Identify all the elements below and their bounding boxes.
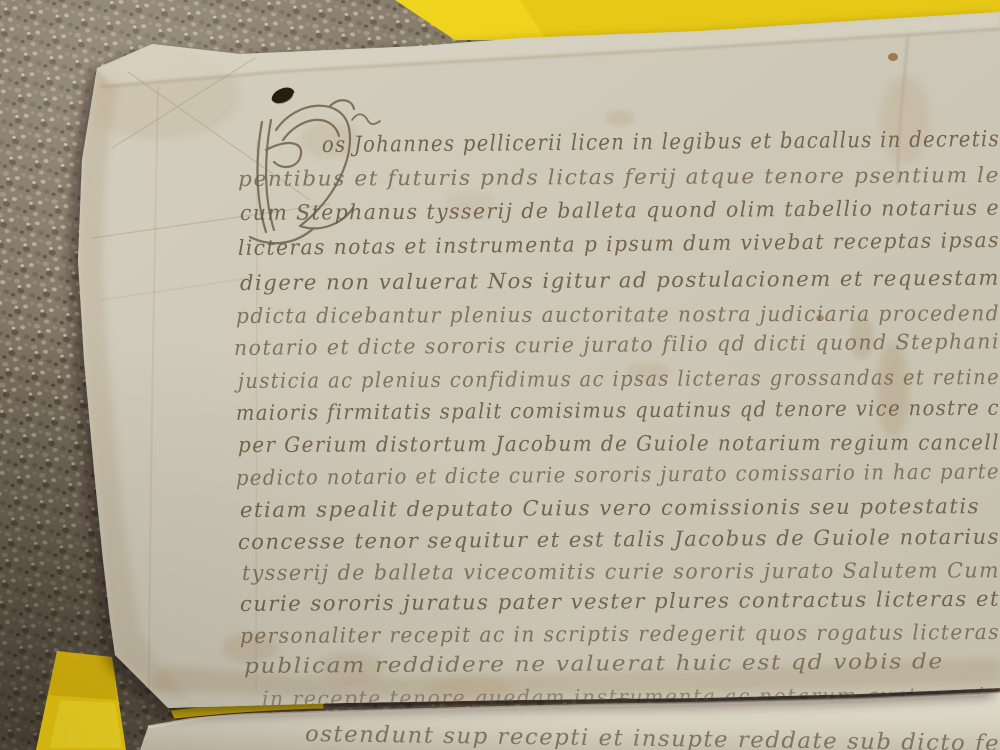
photo-vignette [0,0,1000,750]
photo-of-manuscript: ostendunt sup recepti et insupte reddate… [0,0,1000,750]
